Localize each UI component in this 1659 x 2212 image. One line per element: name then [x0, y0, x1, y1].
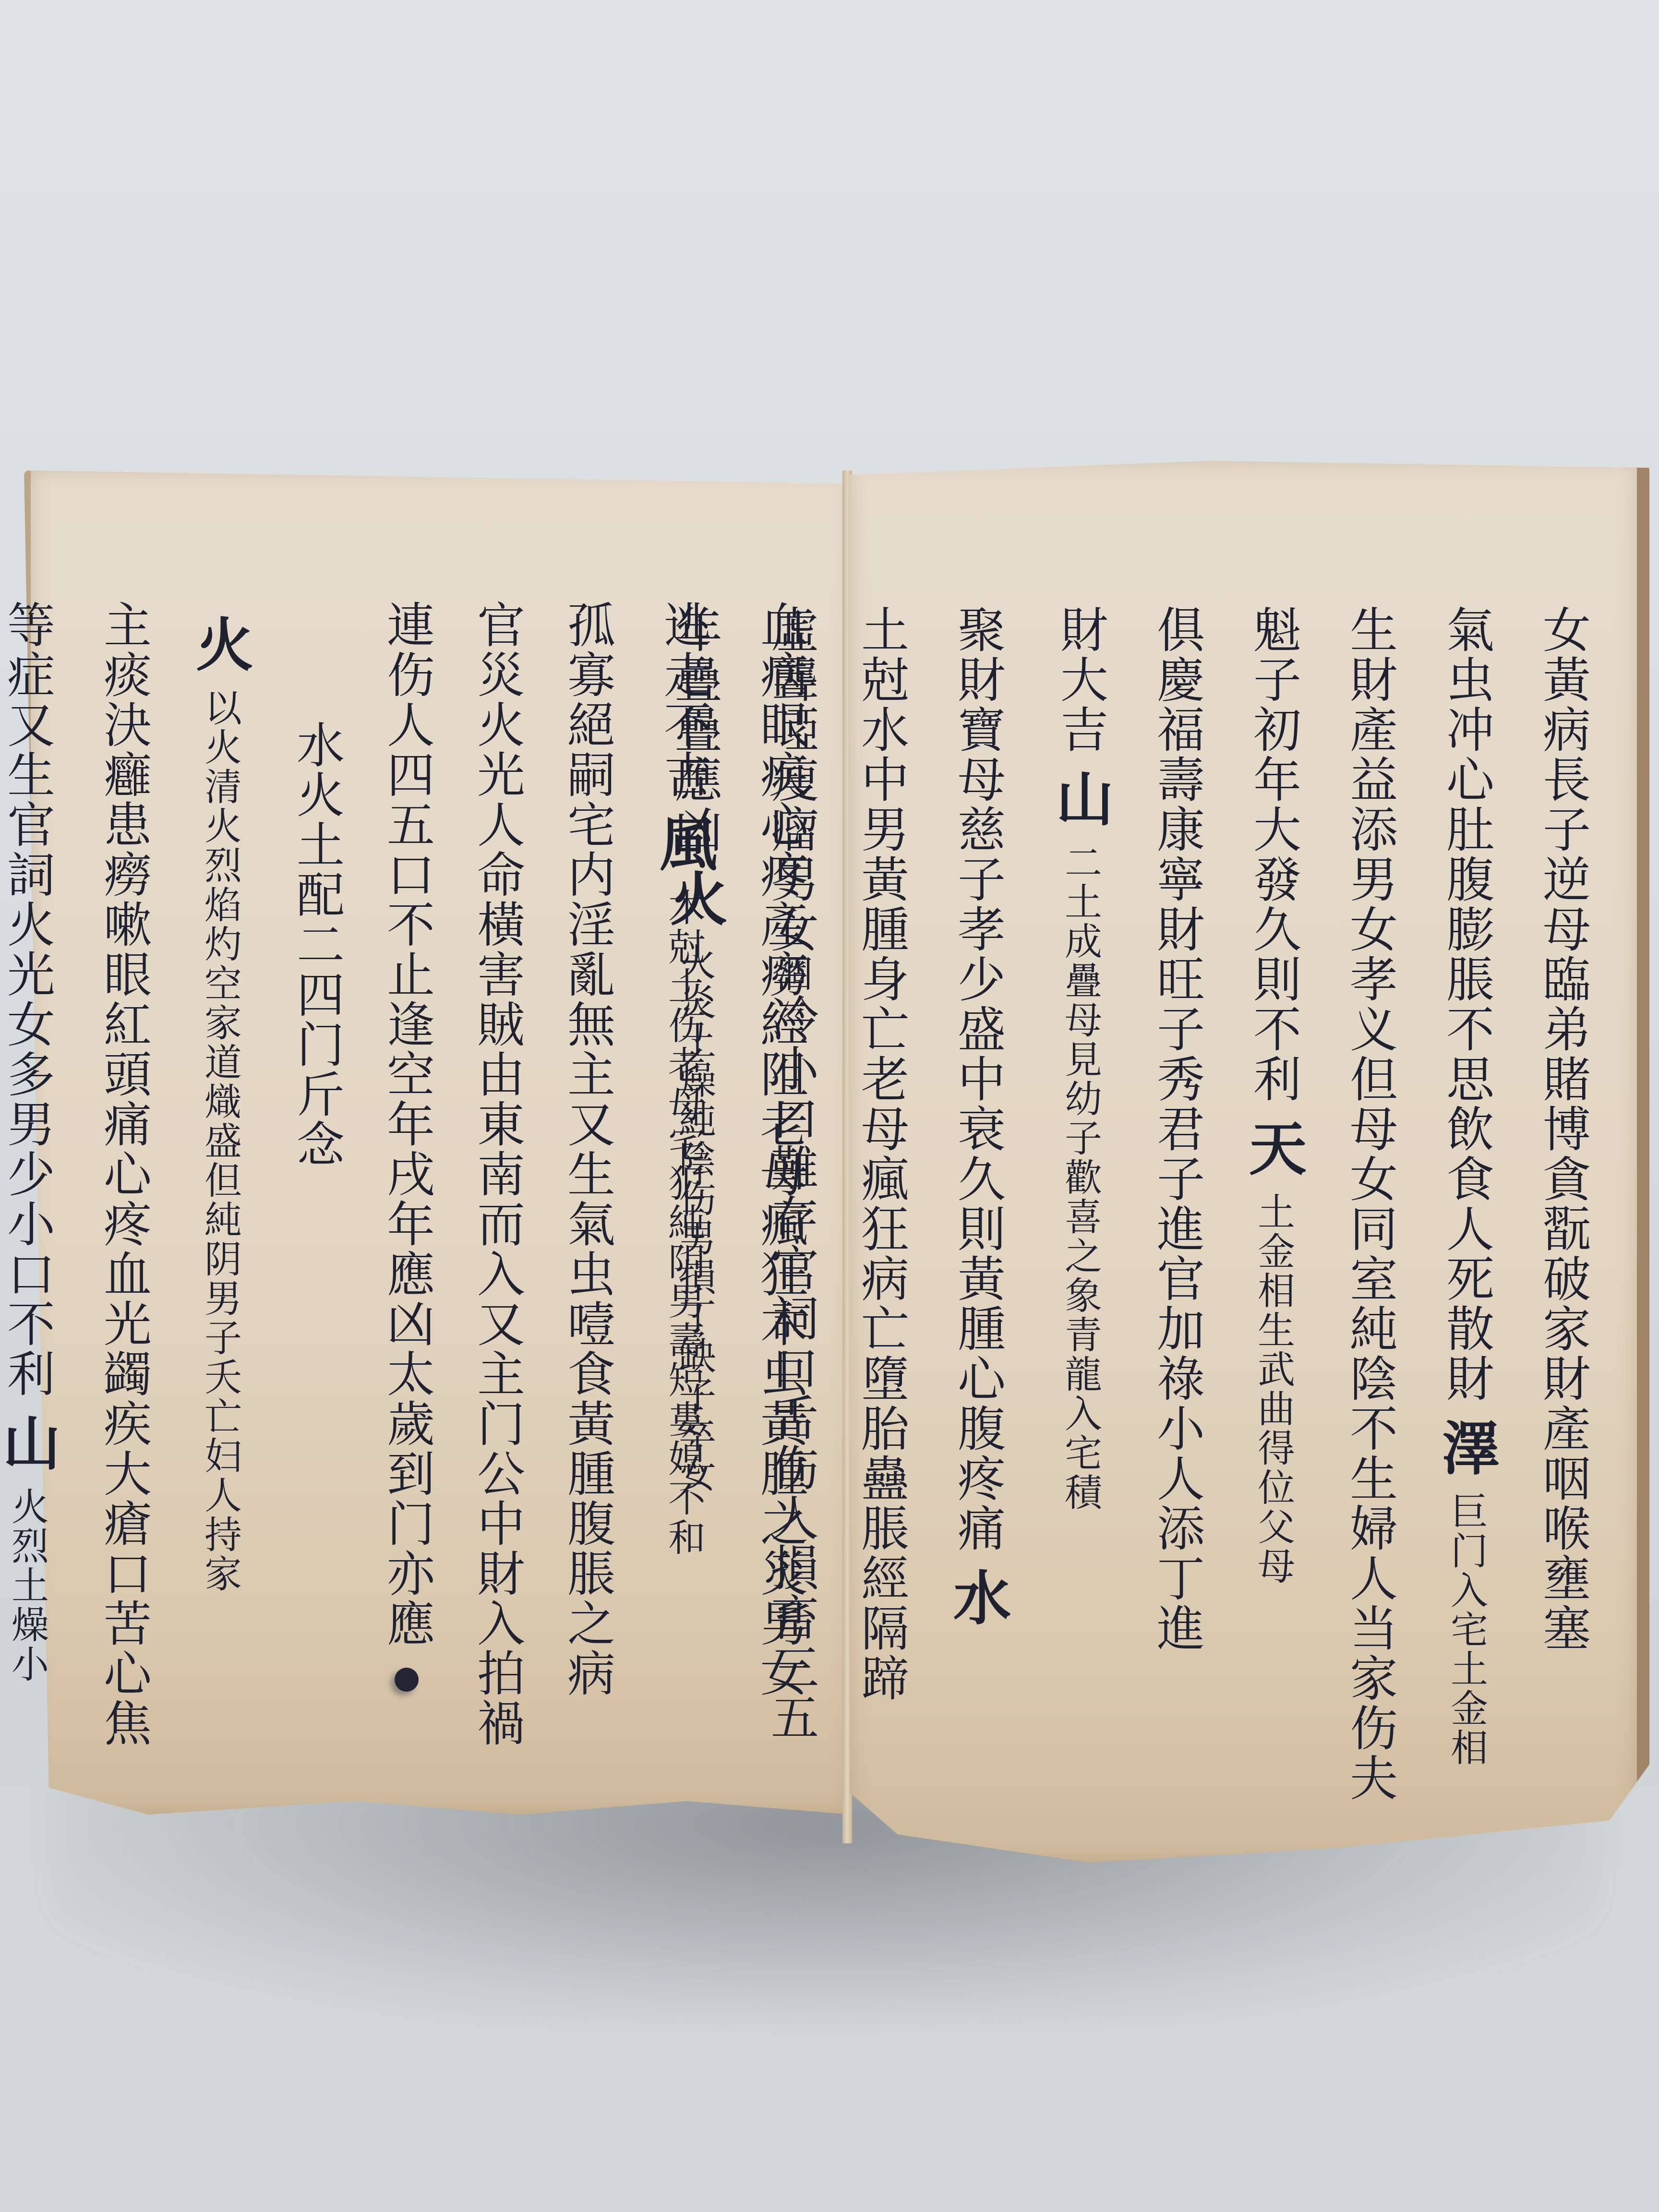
column-text: 財大吉 — [1052, 605, 1108, 755]
text-column: 血病眼疾心疼產癆經阻老母瘋狂木虫黃腫之災男女 — [749, 600, 811, 1800]
text-column: 土尅水中男黃腫身亡老母瘋狂病亡墮胎蠱脹經隔蹄 — [850, 605, 912, 1795]
column-annotation: 木尅土伤老母宅犯純阴男壽短婁媳不和 — [662, 888, 705, 1557]
right-page-text: 女黃病長子逆母臨弟賭博貪翫破家財產咽喉壅塞 氣虫冲心肚腹膨脹不思飲食人死散財澤巨… — [898, 605, 1594, 1795]
text-column: 魁子初年大發久則不利天土金相生武曲得位父母 — [1236, 605, 1310, 1795]
text-column: 逃走不吉風木尅土伤老母宅犯純阴男壽短婁媳不和 — [646, 600, 721, 1800]
trigram-heading: 風 — [650, 814, 718, 874]
section-title: 水火土配二四门斤念 — [285, 600, 348, 1800]
text-column: 連伤人四五口不止逢空年戌年應凶太歲到门亦應 — [375, 600, 438, 1800]
text-column: 生財產益添男女孝义但母女同室純陰不生婦人当家伤夫 — [1338, 605, 1401, 1795]
text-column: 聚財寶母慈子孝少盛中衰久則黃腫心腹疼痛水 — [940, 605, 1015, 1795]
column-text: 魁子初年大發久則不利 — [1245, 605, 1301, 1104]
text-column: 孤寡絕嗣宅内淫亂無主又生氣虫噎食黃腫腹脹之病 — [556, 600, 618, 1800]
column-text: 連伤人四五口不止逢空年戌年應凶太歲到门亦應 — [379, 600, 435, 1648]
trigram-heading: 山 — [1046, 769, 1114, 829]
open-book: 女黃病長子逆母臨弟賭博貪翫破家財產咽喉壅塞 氣虫冲心肚腹膨脹不思飲食人死散財澤巨… — [19, 461, 1623, 1853]
column-text: 氣虫冲心肚腹膨脹不思飲食人死散財 — [1438, 605, 1494, 1404]
trigram-heading: 澤 — [1432, 1418, 1500, 1478]
ink-dot-mark-icon — [395, 1668, 419, 1692]
column-annotation: 巨门入宅土金相 — [1444, 1492, 1488, 1767]
column-text: 聚財寶母慈子孝少盛中衰久則黃腫心腹疼痛 — [950, 605, 1006, 1553]
text-column: 主痰決癰患癆嗽眼紅頭痛心疼血光蠲疾大瘡口苦心焦 — [92, 600, 155, 1800]
trigram-heading: 水 — [944, 1568, 1011, 1627]
text-column: 女黃病長子逆母臨弟賭博貪翫破家財產咽喉壅塞 — [1531, 605, 1594, 1795]
text-column: 氣虫冲心肚腹膨脹不思飲食人死散財澤巨门入宅土金相 — [1429, 605, 1503, 1795]
text-column: 俱慶福壽康寧財旺子秀君子進官加祿小人添丁進 — [1145, 605, 1208, 1795]
photo-scene: 女黃病長子逆母臨弟賭博貪翫破家財產咽喉壅塞 氣虫冲心肚腹膨脹不思飲食人死散財澤巨… — [0, 0, 1659, 2212]
trigram-heading: 山 — [0, 1413, 61, 1473]
trigram-heading: 天 — [1239, 1118, 1307, 1178]
trigram-heading: 火 — [186, 614, 254, 674]
text-column: 財大吉山二土成疊母見幼子歡喜之象青龍入宅積 — [1043, 605, 1118, 1795]
column-annotation: 土金相生武曲得位父母 — [1251, 1192, 1295, 1586]
left-page-text: 血病眼疾心疼產癆經阻老母瘋狂木虫黃腫之災男女 逃走不吉風木尅土伤老母宅犯純阴男壽… — [62, 600, 811, 1800]
column-text: 逃走不吉 — [656, 600, 712, 800]
column-annotation: 二土成疊母見幼子歡喜之象青龍入宅積 — [1058, 843, 1102, 1512]
text-column: 等症又生官詞火光女多男少小口不利山火烈土燥小 — [0, 600, 64, 1800]
text-column: 火以火清火烈焰灼空家道熾盛但純阴男子夭亡妇人持家 — [182, 600, 257, 1800]
column-annotation: 火烈土燥小 — [5, 1487, 48, 1684]
text-column: 官災火光人命橫害賊由東南而入又主门公中財入拍禍 — [466, 600, 528, 1800]
column-text: 等症又生官詞火光女多男少小口不利 — [0, 600, 55, 1399]
column-annotation: 以火清火烈焰灼空家道熾盛但純阴男子夭亡妇人持家 — [198, 688, 241, 1594]
